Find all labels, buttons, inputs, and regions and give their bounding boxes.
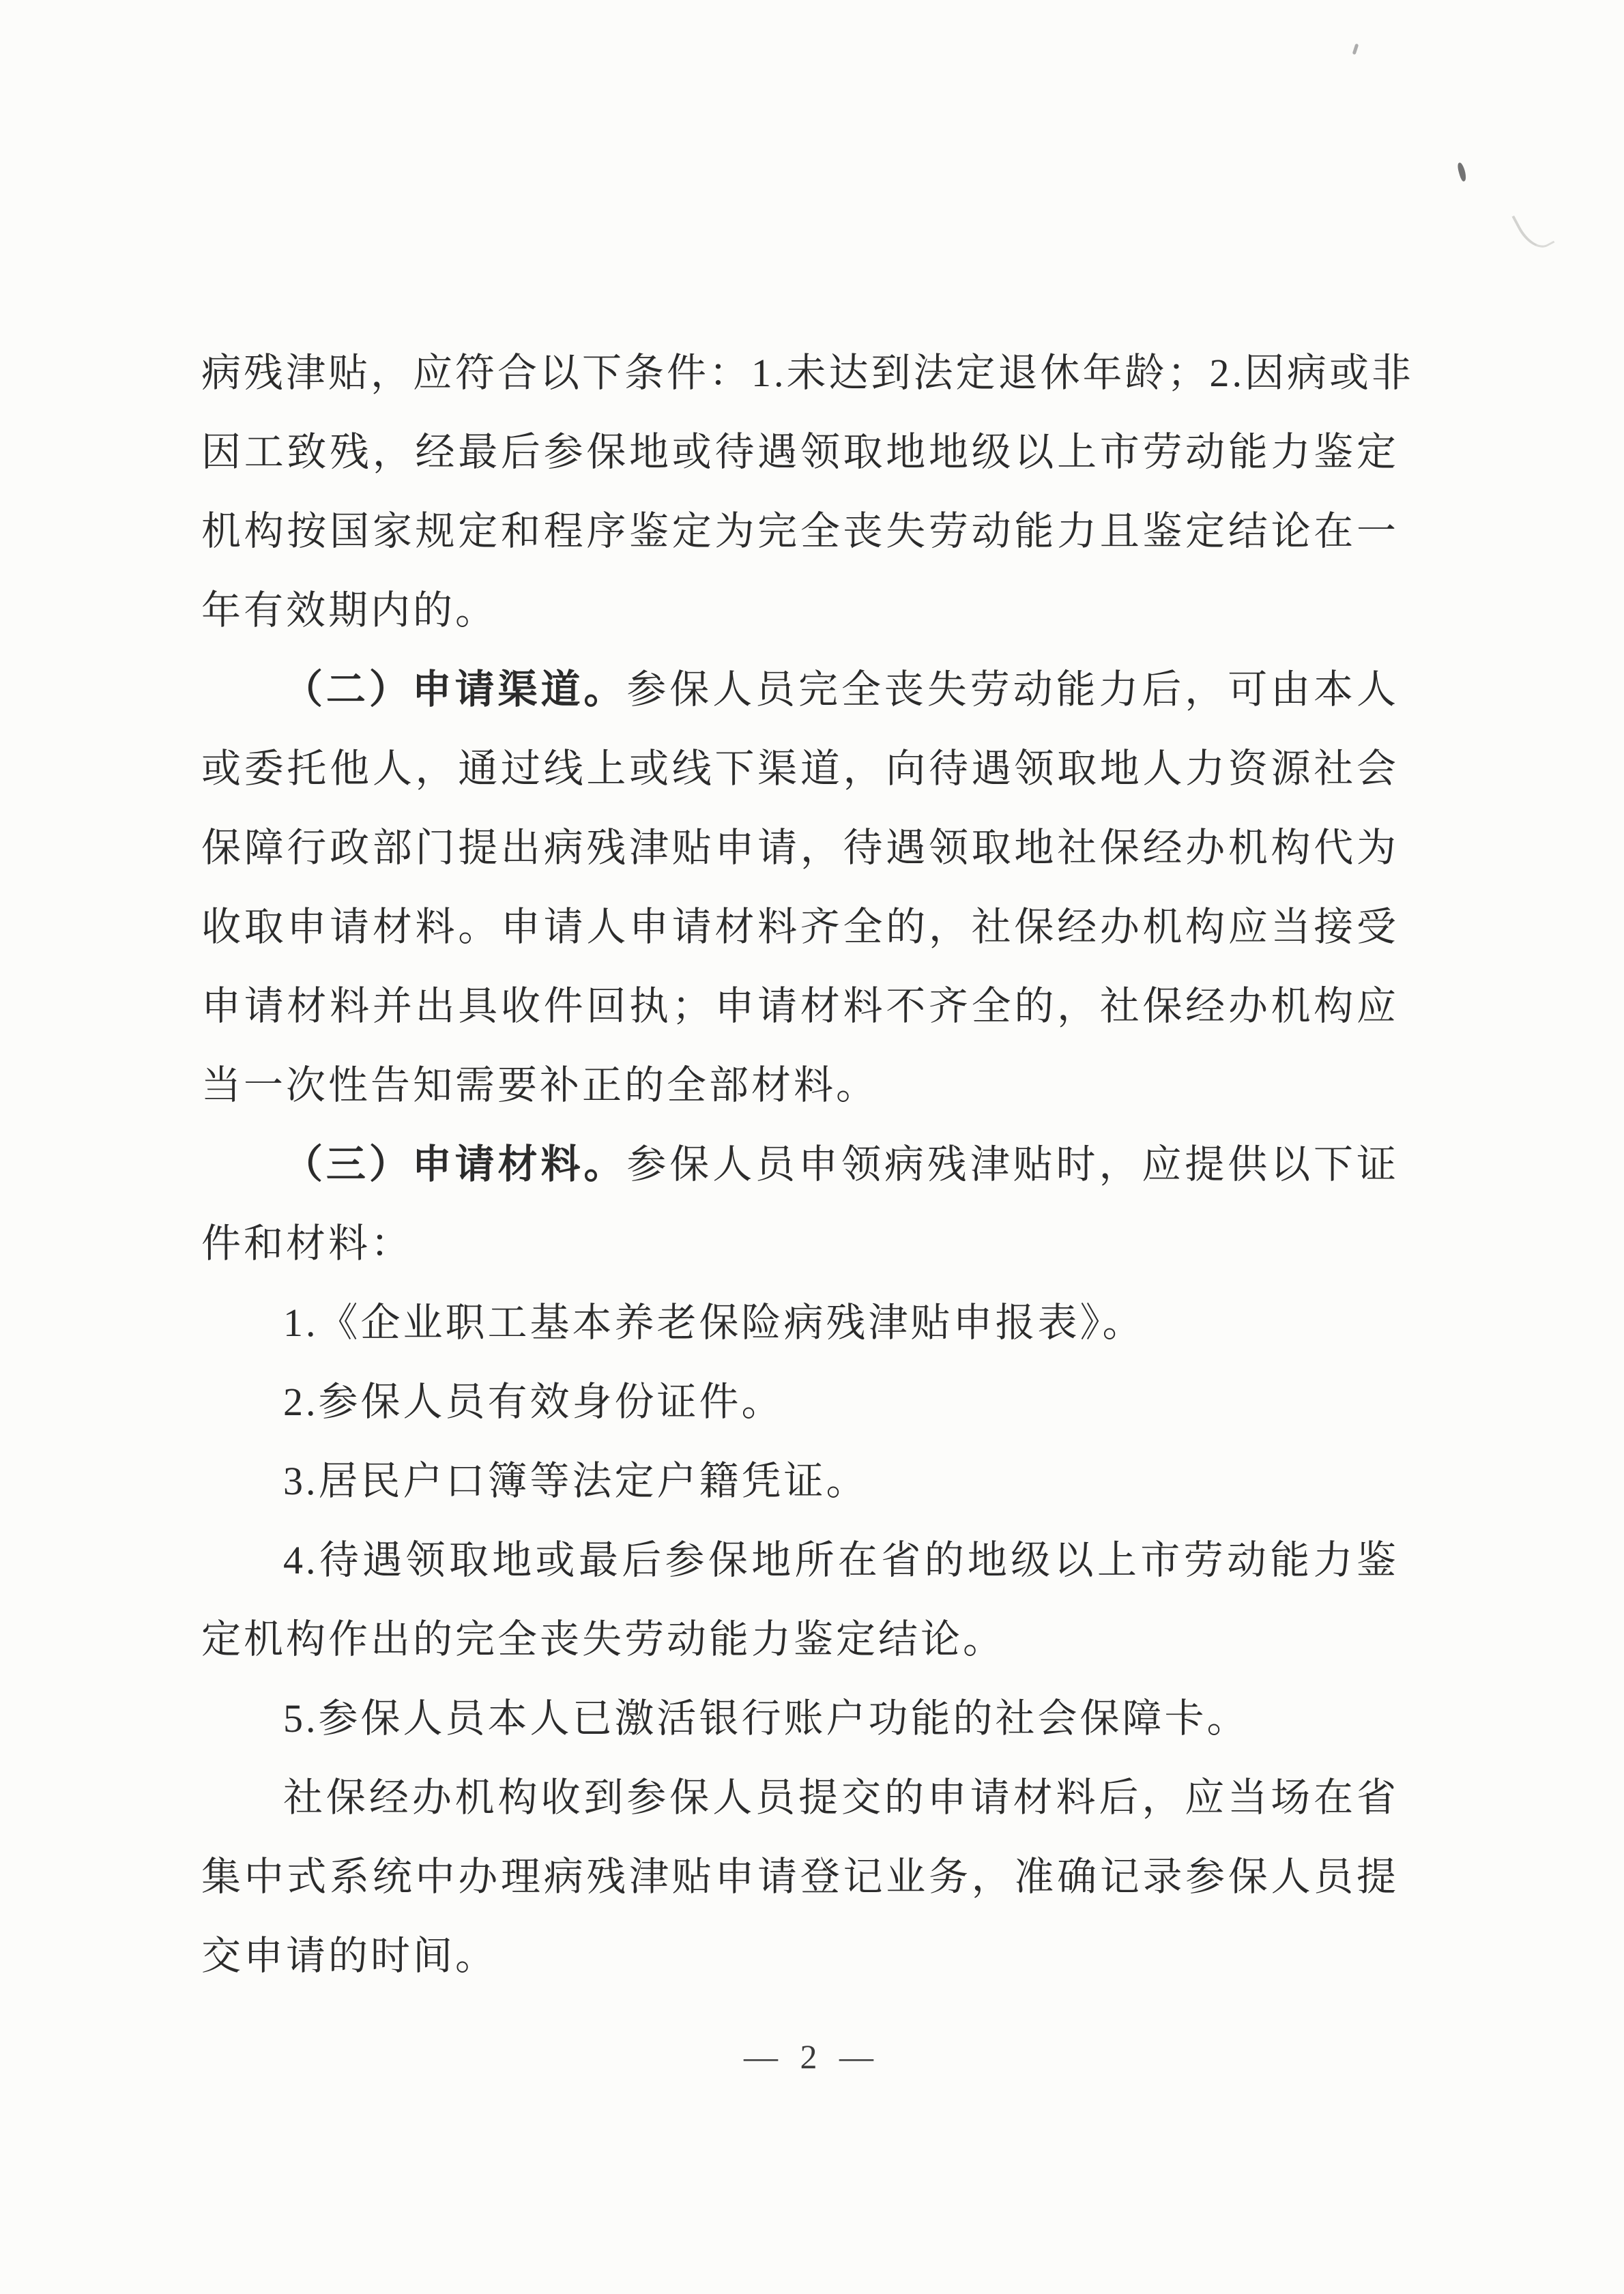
document-line-list-item: 2.参保人员有效身份证件。 <box>201 1363 1399 1442</box>
document-line: 社保经办机构收到参保人员提交的申请材料后，应当场在省 <box>201 1758 1399 1838</box>
document-line: 因工致残，经最后参保地或待遇领取地地级以上市劳动能力鉴定 <box>201 413 1399 492</box>
scan-speck-icon <box>1352 44 1359 55</box>
line-text: 参保人员申领病残津贴时，应提供以下证 <box>626 1142 1399 1187</box>
line-text: 3.居民户口簿等法定户籍凭证。 <box>283 1459 869 1503</box>
line-text: 交申请的时间。 <box>201 1934 497 1978</box>
document-line: 集中式系统中办理病残津贴申请登记业务，准确记录参保人员提 <box>201 1838 1399 1917</box>
line-text: 1.《企业职工基本养老保险病残津贴申报表》。 <box>283 1301 1145 1345</box>
document-line: 交申请的时间。 <box>201 1917 1399 1996</box>
scan-speck-icon <box>1511 205 1554 255</box>
document-line: （二）申请渠道。参保人员完全丧失劳动能力后，可由本人 <box>201 650 1399 729</box>
line-text: 申请材料并出具收件回执；申请材料不齐全的，社保经办机构应 <box>201 984 1399 1028</box>
line-text: 因工致残，经最后参保地或待遇领取地地级以上市劳动能力鉴定 <box>201 430 1399 474</box>
document-line: 件和材料： <box>201 1204 1399 1283</box>
line-text: 定机构作出的完全丧失劳动能力鉴定结论。 <box>201 1617 1005 1661</box>
section-heading: （三）申请材料。 <box>283 1142 626 1187</box>
line-text: 当一次性告知需要补正的全部材料。 <box>201 1063 878 1107</box>
scan-speck-icon <box>1456 162 1467 182</box>
document-body: 病残津贴，应符合以下条件：1.未达到法定退休年龄；2.因病或非 因工致残，经最后… <box>201 334 1399 1996</box>
scanned-document-page: 病残津贴，应符合以下条件：1.未达到法定退休年龄；2.因病或非 因工致残，经最后… <box>0 0 1624 2294</box>
line-text: 或委托他人，通过线上或线下渠道，向待遇领取地人力资源社会 <box>201 746 1399 791</box>
document-line: 申请材料并出具收件回执；申请材料不齐全的，社保经办机构应 <box>201 967 1399 1046</box>
line-text: 5.参保人员本人已激活银行账户功能的社会保障卡。 <box>283 1696 1249 1741</box>
page-number: — 2 — <box>0 2037 1624 2076</box>
document-line-list-item: 3.居民户口簿等法定户籍凭证。 <box>201 1442 1399 1521</box>
line-text: 4.待遇领取地或最后参保地所在省的地级以上市劳动能力鉴 <box>283 1538 1399 1582</box>
line-text: 年有效期内的。 <box>201 588 497 633</box>
document-line-list-item: 4.待遇领取地或最后参保地所在省的地级以上市劳动能力鉴 <box>201 1521 1399 1600</box>
document-line: 定机构作出的完全丧失劳动能力鉴定结论。 <box>201 1600 1399 1679</box>
line-text: 2.参保人员有效身份证件。 <box>283 1380 784 1424</box>
line-text: 参保人员完全丧失劳动能力后，可由本人 <box>626 667 1399 712</box>
document-line: 年有效期内的。 <box>201 571 1399 650</box>
document-line-list-item: 5.参保人员本人已激活银行账户功能的社会保障卡。 <box>201 1679 1399 1758</box>
document-line: 机构按国家规定和程序鉴定为完全丧失劳动能力且鉴定结论在一 <box>201 492 1399 571</box>
document-line-list-item: 1.《企业职工基本养老保险病残津贴申报表》。 <box>201 1283 1399 1363</box>
section-heading: （二）申请渠道。 <box>283 667 626 712</box>
line-text: 社保经办机构收到参保人员提交的申请材料后，应当场在省 <box>283 1775 1399 1820</box>
line-text: 机构按国家规定和程序鉴定为完全丧失劳动能力且鉴定结论在一 <box>201 509 1399 553</box>
document-line: 或委托他人，通过线上或线下渠道，向待遇领取地人力资源社会 <box>201 729 1399 809</box>
line-text: 集中式系统中办理病残津贴申请登记业务，准确记录参保人员提 <box>201 1855 1399 1899</box>
line-text: 收取申请材料。申请人申请材料齐全的，社保经办机构应当接受 <box>201 905 1399 949</box>
line-text: 病残津贴，应符合以下条件：1.未达到法定退休年龄；2.因病或非 <box>201 351 1414 395</box>
document-line: 收取申请材料。申请人申请材料齐全的，社保经办机构应当接受 <box>201 888 1399 967</box>
document-line: 保障行政部门提出病残津贴申请，待遇领取地社保经办机构代为 <box>201 809 1399 888</box>
line-text: 件和材料： <box>201 1221 413 1266</box>
line-text: 保障行政部门提出病残津贴申请，待遇领取地社保经办机构代为 <box>201 826 1399 870</box>
document-line: 当一次性告知需要补正的全部材料。 <box>201 1046 1399 1125</box>
document-line: （三）申请材料。参保人员申领病残津贴时，应提供以下证 <box>201 1125 1399 1204</box>
document-line: 病残津贴，应符合以下条件：1.未达到法定退休年龄；2.因病或非 <box>201 334 1399 413</box>
